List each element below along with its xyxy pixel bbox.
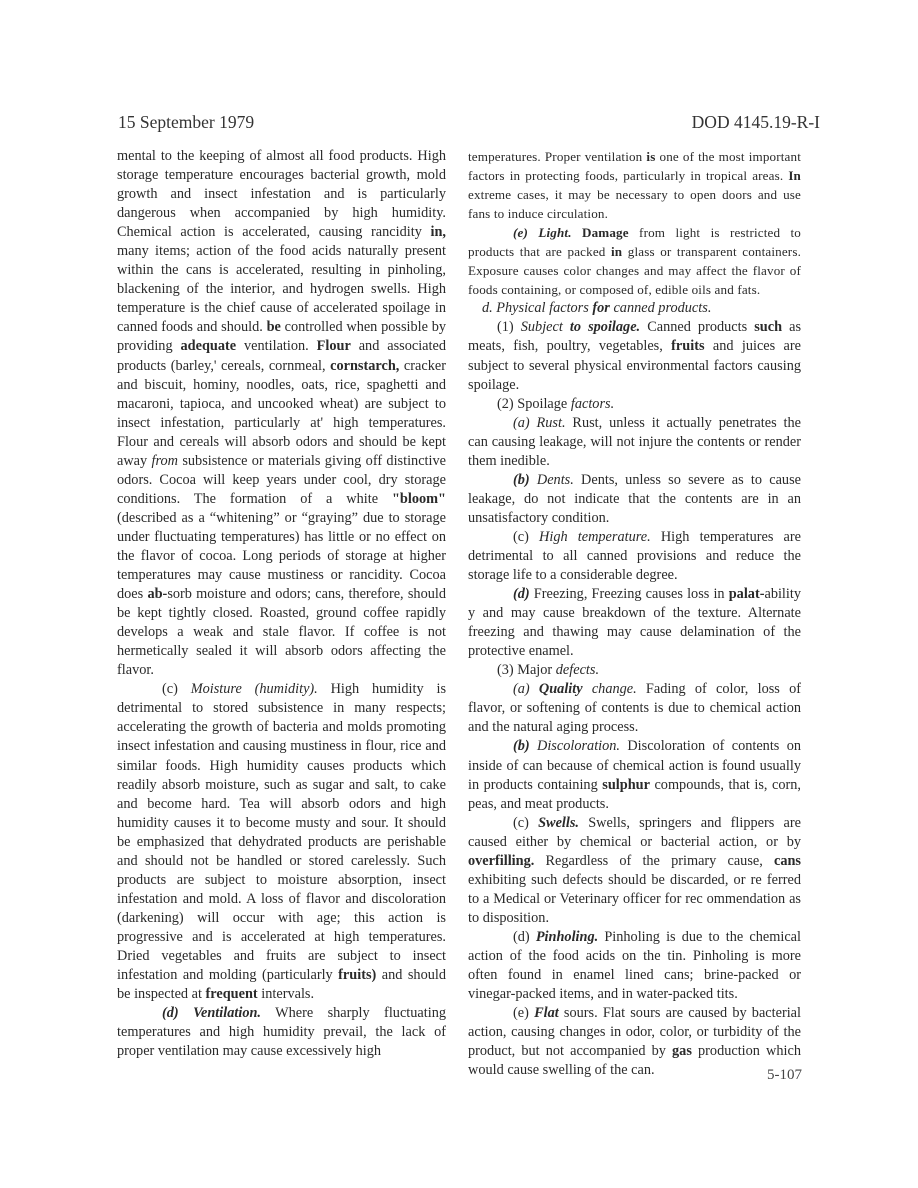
paragraph-dents: (b) Dents. Dents, unless so severe as to…	[468, 471, 801, 528]
paragraph-rust: (a) Rust. Rust, unless it actually penet…	[468, 414, 801, 471]
paragraph-quality-change: (a) Quality change. Fading of color, los…	[468, 680, 801, 737]
header-date: 15 September 1979	[118, 112, 254, 133]
left-column: mental to the keeping of almost all food…	[117, 147, 446, 1061]
paragraph-flat-sours: (e) Flat sours. Flat sours are caused by…	[468, 1004, 801, 1080]
paragraph-ventilation: (d) Ventilation. Where sharply fluctuati…	[117, 1004, 446, 1061]
paragraph-swells: (c) Swells. Swells, springers and flippe…	[468, 814, 801, 928]
paragraph-ventilation-continued: temperatures. Proper ventilation is one …	[468, 147, 801, 223]
heading-moisture: Moisture (humidity).	[191, 681, 318, 697]
section-heading-physical-factors: d. Physical factors for canned products.	[468, 299, 801, 318]
paragraph-temperature-continued: mental to the keeping of almost all food…	[117, 147, 446, 680]
paragraph-subject-to-spoilage: (1) Subject to spoilage. Canned products…	[468, 318, 801, 394]
paragraph-discoloration: (b) Discoloration. Discoloration of cont…	[468, 737, 801, 813]
paragraph-high-temperature: (c) High temperature. High temperatures …	[468, 528, 801, 585]
paragraph-pinholing: (d) Pinholing. Pinholing is due to the c…	[468, 928, 801, 1004]
page-number: 5-107	[767, 1067, 802, 1084]
header-doc-id: DOD 4145.19-R-I	[692, 112, 820, 133]
heading-light: Light.	[538, 225, 571, 240]
heading-ventilation: Ventilation.	[193, 1005, 261, 1021]
paragraph-freezing: (d) Freezing, Freezing causes loss in pa…	[468, 585, 801, 661]
right-column: temperatures. Proper ventilation is one …	[468, 147, 801, 1080]
heading-major-defects: (3) Major defects.	[468, 661, 801, 680]
heading-spoilage-factors: (2) Spoilage factors.	[468, 395, 801, 414]
paragraph-moisture: (c) Moisture (humidity). High humidity i…	[117, 680, 446, 1004]
paragraph-light: (e) Light. Damage from light is restrict…	[468, 223, 801, 299]
